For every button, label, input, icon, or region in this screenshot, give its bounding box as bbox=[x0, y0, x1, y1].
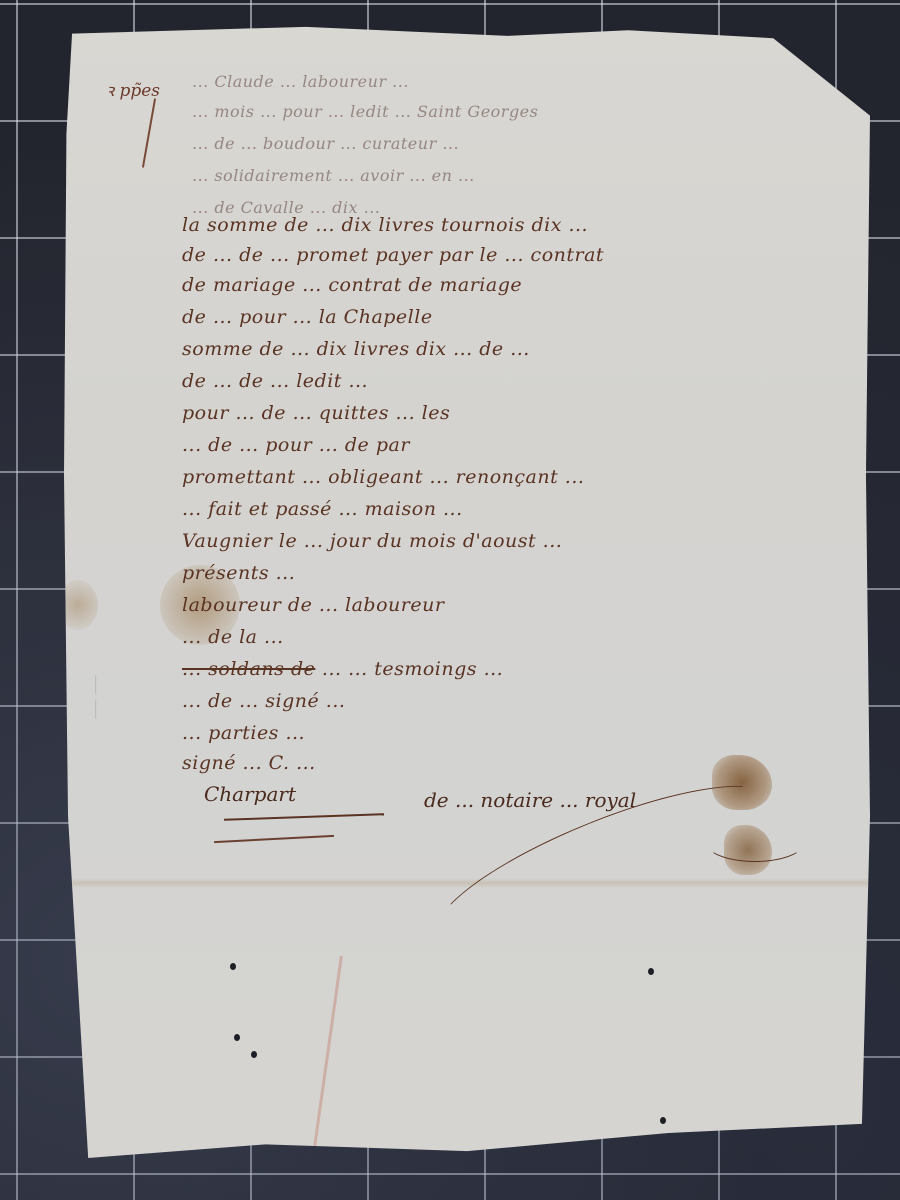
text-line: ... solidairement ... avoir ... en ... bbox=[192, 166, 475, 185]
text-line: la somme de ... dix livres tournois dix … bbox=[182, 214, 588, 236]
text-line: signé ... C. ... bbox=[182, 752, 316, 774]
text-line: ... soldans de ... ... tesmoings ... bbox=[182, 658, 503, 680]
margin-note: ꝛ pp̃es bbox=[106, 78, 160, 101]
text-line: ... de ... signé ... bbox=[182, 690, 345, 712]
worm-hole bbox=[648, 968, 654, 975]
text-line: de ... de ... promet payer par le ... co… bbox=[182, 244, 604, 266]
text-line: ... parties ... bbox=[182, 722, 305, 744]
stain bbox=[58, 580, 98, 630]
signature-underline bbox=[224, 813, 384, 821]
text-fragment: ... ... tesmoings ... bbox=[322, 658, 503, 680]
signature-notary: de ... notaire ... royal bbox=[424, 788, 636, 812]
fold-line bbox=[64, 878, 870, 888]
text-line: de ... de ... ledit ... bbox=[182, 370, 368, 392]
text-line: ... Claude ... laboureur ... bbox=[192, 72, 409, 91]
text-line: somme de ... dix livres dix ... de ... bbox=[182, 338, 530, 360]
red-mark bbox=[312, 956, 343, 1154]
text-line: ... de ... boudour ... curateur ... bbox=[192, 134, 459, 153]
text-line: Vaugnier le ... jour du mois d'aoust ... bbox=[182, 530, 562, 552]
worm-hole bbox=[234, 1034, 240, 1041]
text-line: présents ... bbox=[182, 562, 295, 584]
text-line: ... fait et passé ... maison ... bbox=[182, 498, 463, 520]
signature-underline bbox=[214, 835, 334, 843]
signature-flourish bbox=[704, 820, 806, 862]
text-line: ... de ... pour ... de par bbox=[182, 434, 410, 456]
margin-stroke bbox=[142, 98, 156, 167]
text-line: de ... pour ... la Chapelle bbox=[182, 306, 433, 328]
signature-left: Charpart bbox=[204, 782, 296, 806]
text-line: ... de la ... bbox=[182, 626, 284, 648]
text-line: promettant ... obligeant ... renonçant .… bbox=[182, 466, 584, 488]
worm-hole bbox=[251, 1051, 257, 1058]
text-line: de mariage ... contrat de mariage bbox=[182, 274, 522, 296]
text-line: laboureur de ... laboureur bbox=[182, 594, 444, 616]
worm-hole bbox=[230, 963, 236, 970]
manuscript-page: ꝛ pp̃es ... Claude ... laboureur ... ...… bbox=[64, 20, 870, 1158]
text-line: pour ... de ... quittes ... les bbox=[182, 402, 450, 424]
struck-text: ... soldans de bbox=[182, 658, 315, 680]
text-line: ... mois ... pour ... ledit ... Saint Ge… bbox=[192, 102, 538, 121]
worm-hole bbox=[660, 1117, 666, 1124]
faint-marginal-text: ⸺ ⸺ bbox=[86, 676, 103, 720]
